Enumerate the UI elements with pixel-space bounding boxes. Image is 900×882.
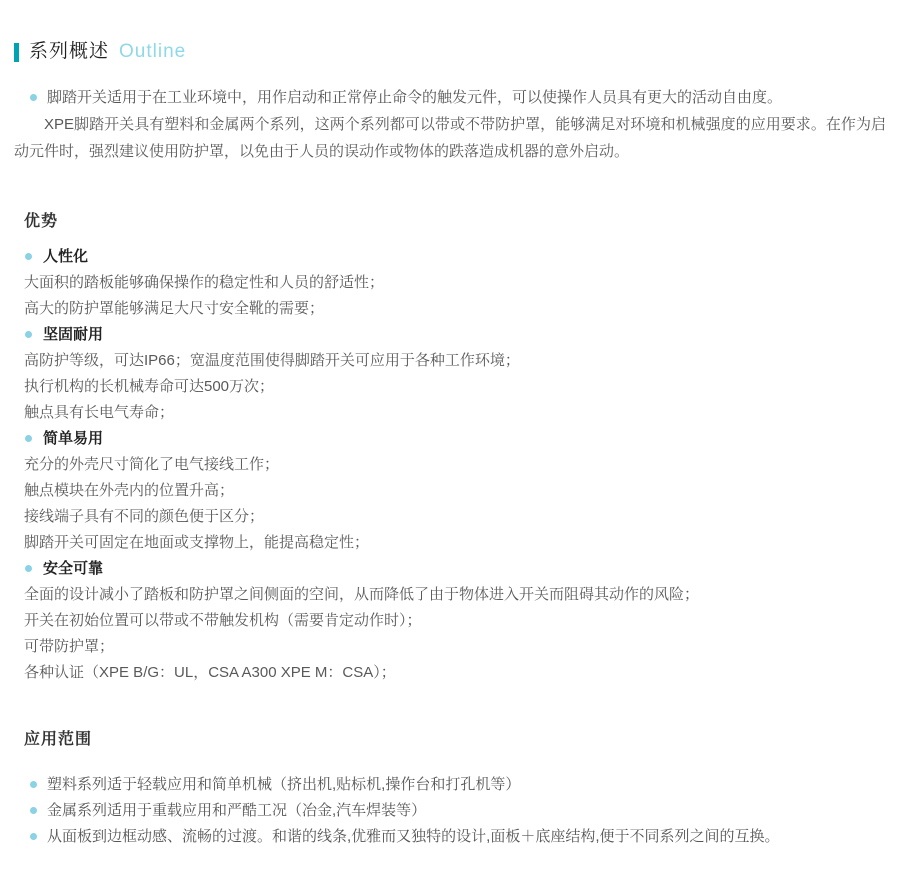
bullet-icon: [30, 833, 37, 840]
page-subtitle: Outline: [119, 40, 186, 64]
advantage-line: 各种认证（XPE B/G：UL，CSA A300 XPE M：CSA）；: [14, 660, 886, 686]
application-item-text: 金属系列适用于重载应用和严酷工况（冶金,汽车焊装等）: [47, 798, 426, 824]
bullet-icon: [25, 253, 32, 260]
advantage-line: 大面积的踏板能够确保操作的稳定性和人员的舒适性；: [14, 270, 886, 296]
section-header: 系列概述 Outline: [14, 40, 886, 64]
bullet-icon: [25, 435, 32, 442]
advantage-group: 安全可靠 全面的设计减小了踏板和防护罩之间侧面的空间，从而降低了由于物体进入开关…: [14, 556, 886, 686]
accent-bar-icon: [14, 43, 19, 62]
advantage-line: 充分的外壳尺寸简化了电气接线工作；: [14, 452, 886, 478]
advantages-list: 人性化 大面积的踏板能够确保操作的稳定性和人员的舒适性；高大的防护罩能够满足大尺…: [14, 244, 886, 686]
advantage-line: 开关在初始位置可以带或不带触发机构（需要肯定动作时）；: [14, 608, 886, 634]
bullet-icon: [30, 807, 37, 814]
intro-bullet-item: 脚踏开关适用于在工业环境中，用作启动和正常停止命令的触发元件，可以使操作人员具有…: [14, 84, 886, 111]
advantage-line: 全面的设计减小了踏板和防护罩之间侧面的空间，从而降低了由于物体进入开关而阻碍其动…: [14, 582, 886, 608]
page: 系列概述 Outline 脚踏开关适用于在工业环境中，用作启动和正常停止命令的触…: [0, 0, 900, 882]
advantage-line: 高防护等级，可达IP66；宽温度范围使得脚踏开关可应用于各种工作环境；: [14, 348, 886, 374]
advantage-line: 触点具有长电气寿命；: [14, 400, 886, 426]
advantage-title-text: 坚固耐用: [43, 322, 103, 348]
intro-section: 脚踏开关适用于在工业环境中，用作启动和正常停止命令的触发元件，可以使操作人员具有…: [14, 84, 886, 165]
page-title: 系列概述: [29, 40, 109, 64]
advantage-group: 简单易用 充分的外壳尺寸简化了电气接线工作；触点模块在外壳内的位置升高；接线端子…: [14, 426, 886, 556]
advantage-title-text: 安全可靠: [43, 556, 103, 582]
advantage-line: 高大的防护罩能够满足大尺寸安全靴的需要；: [14, 296, 886, 322]
advantage-group-title: 简单易用: [14, 426, 886, 452]
application-item: 金属系列适用于重载应用和严酷工况（冶金,汽车焊装等）: [14, 798, 886, 824]
bullet-icon: [25, 565, 32, 572]
advantage-group: 人性化 大面积的踏板能够确保操作的稳定性和人员的舒适性；高大的防护罩能够满足大尺…: [14, 244, 886, 322]
intro-bullet-text: 脚踏开关适用于在工业环境中，用作启动和正常停止命令的触发元件，可以使操作人员具有…: [47, 84, 782, 111]
advantage-title-text: 人性化: [43, 244, 88, 270]
advantage-group-title: 人性化: [14, 244, 886, 270]
advantage-line: 可带防护罩；: [14, 634, 886, 660]
advantage-line: 接线端子具有不同的颜色便于区分；: [14, 504, 886, 530]
applications-heading: 应用范围: [24, 729, 886, 751]
advantages-heading: 优势: [24, 211, 886, 233]
intro-paragraph: XPE脚踏开关具有塑料和金属两个系列，这两个系列都可以带或不带防护罩，能够满足对…: [14, 111, 886, 165]
application-item: 塑料系列适于轻载应用和简单机械（挤出机,贴标机,操作台和打孔机等）: [14, 772, 886, 798]
advantage-line: 触点模块在外壳内的位置升高；: [14, 478, 886, 504]
application-item: 从面板到边框动感、流畅的过渡。和谐的线条,优雅而又独特的设计,面板＋底座结构,便…: [14, 824, 886, 850]
advantage-line: 脚踏开关可固定在地面或支撑物上，能提高稳定性；: [14, 530, 886, 556]
application-item-text: 从面板到边框动感、流畅的过渡。和谐的线条,优雅而又独特的设计,面板＋底座结构,便…: [47, 824, 780, 850]
advantage-group: 坚固耐用 高防护等级，可达IP66；宽温度范围使得脚踏开关可应用于各种工作环境；…: [14, 322, 886, 426]
advantage-line: 执行机构的长机械寿命可达500万次；: [14, 374, 886, 400]
bullet-icon: [30, 781, 37, 788]
advantage-title-text: 简单易用: [43, 426, 103, 452]
bullet-icon: [25, 331, 32, 338]
applications-list: 塑料系列适于轻载应用和简单机械（挤出机,贴标机,操作台和打孔机等） 金属系列适用…: [14, 772, 886, 850]
advantage-group-title: 坚固耐用: [14, 322, 886, 348]
bullet-icon: [30, 94, 37, 101]
application-item-text: 塑料系列适于轻载应用和简单机械（挤出机,贴标机,操作台和打孔机等）: [47, 772, 520, 798]
advantage-group-title: 安全可靠: [14, 556, 886, 582]
